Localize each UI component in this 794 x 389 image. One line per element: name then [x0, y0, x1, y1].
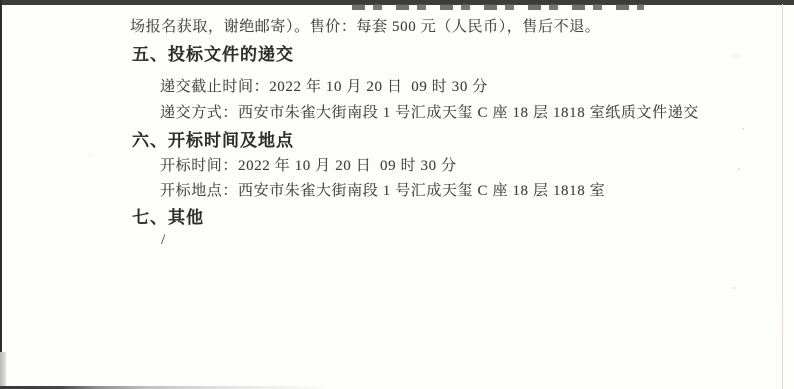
clipped-text-fragments — [352, 4, 644, 10]
page-right-edge-tint — [782, 298, 783, 332]
section-5-deadline-line: 递交截止时间：2022 年 10 月 20 日 09 时 30 分 — [160, 80, 488, 95]
section-6-time-line: 开标时间：2022 年 10 月 20 日 09 时 30 分 — [160, 159, 457, 174]
scan-speck — [742, 128, 744, 130]
section-6-place-line: 开标地点：西安市朱雀大街南段 1 号汇成天玺 C 座 18 层 1818 室 — [160, 184, 605, 199]
intro-line: 场报名获取，谢绝邮寄）。售价：每套 500 元（人民币），售后不退。 — [130, 20, 600, 35]
section-6-heading: 六、开标时间及地点 — [132, 132, 294, 149]
scan-speck — [733, 287, 735, 289]
scan-speck — [735, 55, 737, 57]
scanned-document-page: 场报名获取，谢绝邮寄）。售价：每套 500 元（人民币），售后不退。 五、投标文… — [0, 0, 794, 389]
section-7-content-slash: / — [161, 233, 166, 248]
scan-speck — [89, 154, 91, 156]
page-left-bottom-shadow — [0, 352, 6, 389]
page-left-edge — [0, 0, 2, 389]
scan-speck — [738, 168, 740, 170]
section-5-heading: 五、投标文件的递交 — [132, 46, 294, 63]
section-5-method-line: 递交方式：西安市朱雀大街南段 1 号汇成天玺 C 座 18 层 1818 室纸质… — [160, 106, 699, 121]
section-7-heading: 七、其他 — [132, 209, 204, 226]
